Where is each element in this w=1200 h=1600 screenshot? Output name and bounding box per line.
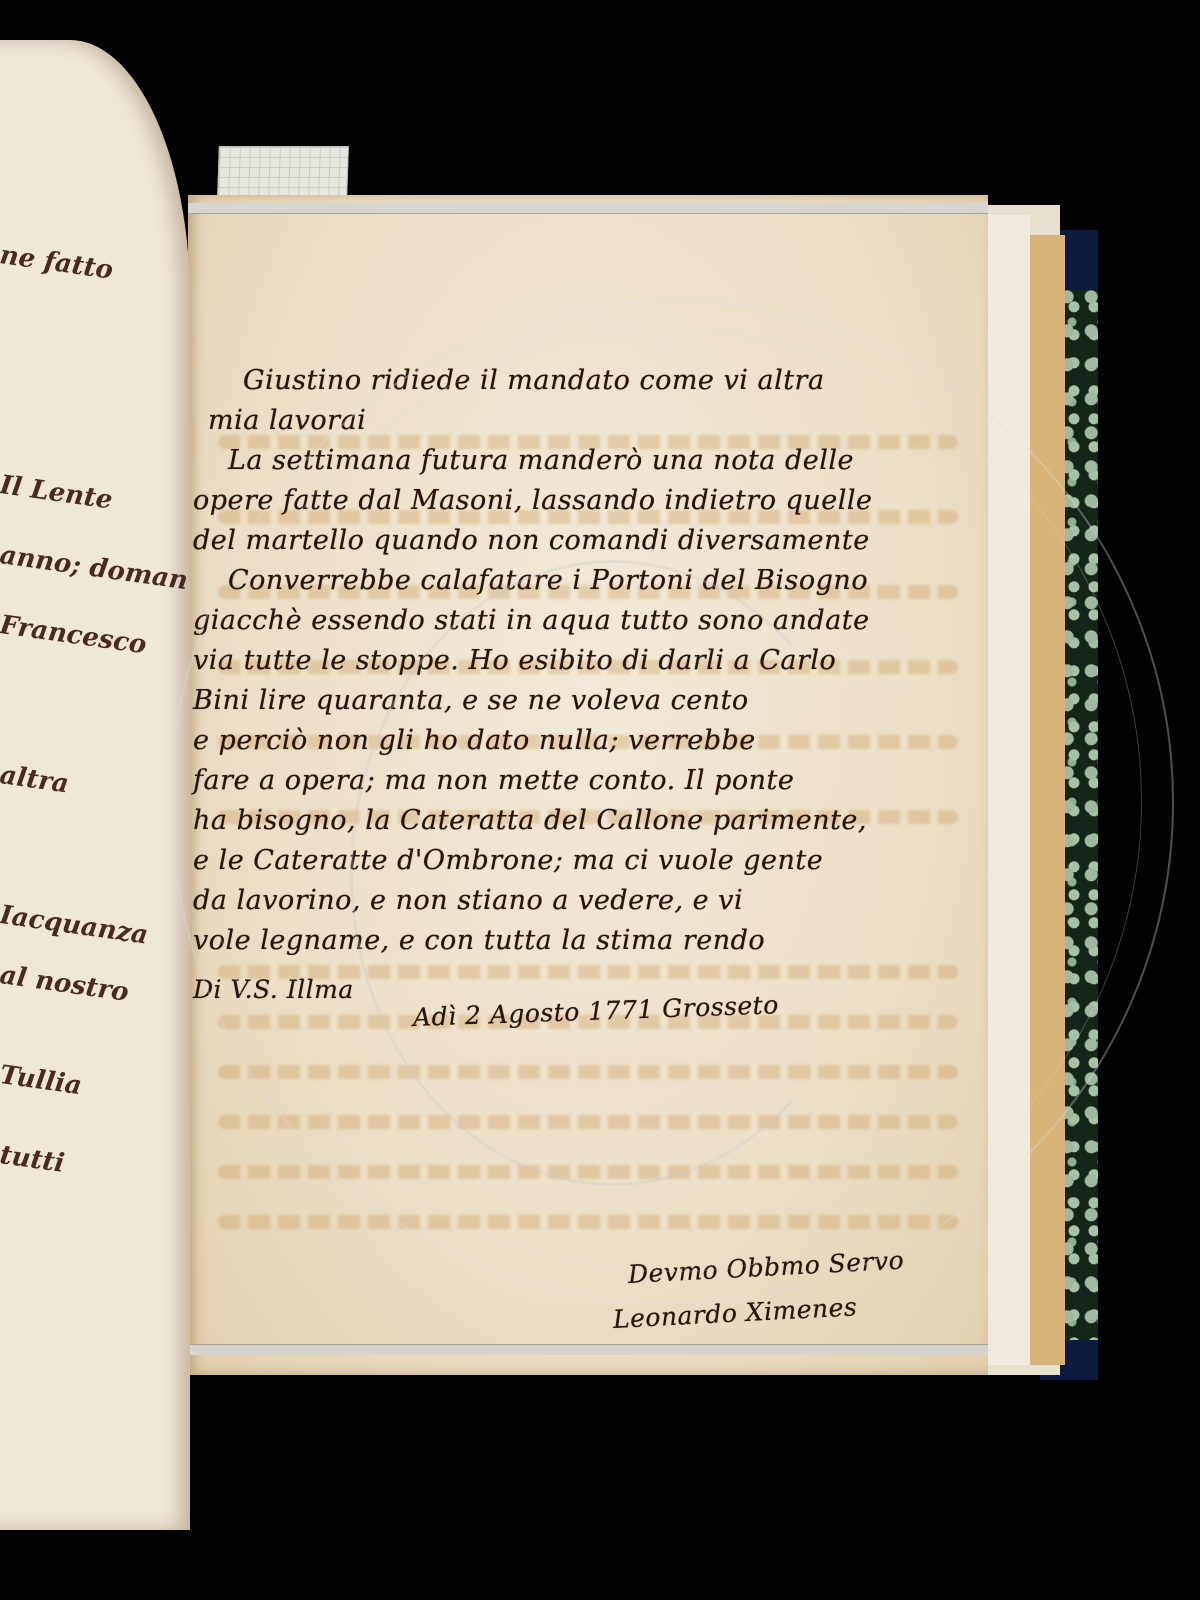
left-page-fragment: Iacquanza (0, 900, 150, 950)
left-manuscript-page: ne fatto Il Lente anno; doman Francesco … (0, 40, 190, 1530)
watermark-copyright-icon (350, 560, 876, 1186)
left-page-fragment: Il Lente (0, 470, 114, 515)
paper-tab (217, 146, 349, 198)
page-top-edge (188, 203, 988, 214)
left-page-fragment: ne fatto (0, 240, 115, 286)
left-page-fragment: anno; doman (0, 540, 190, 596)
left-page-fragment: altra (0, 760, 71, 799)
left-page-fragment: al nostro (0, 960, 131, 1008)
left-page-fragment: Tullia (0, 1060, 84, 1101)
left-page-fragment: Francesco (0, 610, 148, 660)
left-page-fragment: tutti (0, 1140, 66, 1179)
page-bottom-edge (188, 1344, 988, 1355)
